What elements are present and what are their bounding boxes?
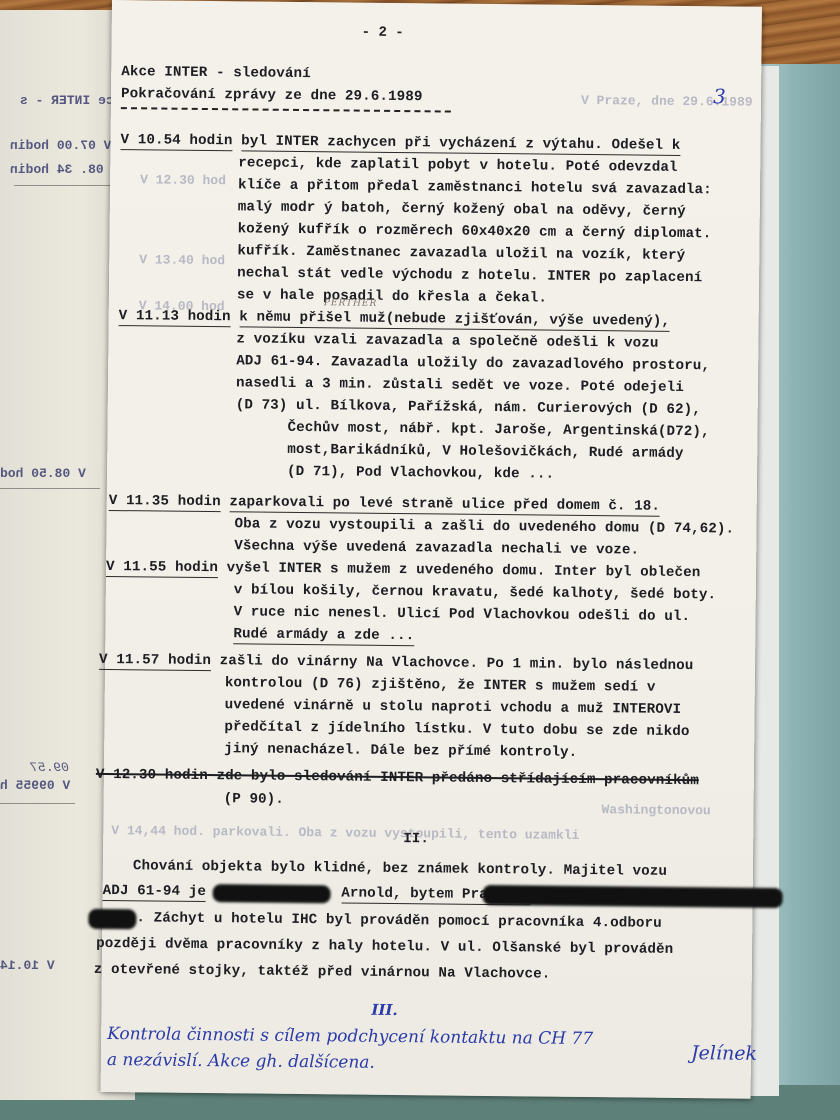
entry-line: Čechův most, nábř. kpt. Jaroše, Argentin… [287,420,709,440]
entry-line: kufřík. Zaměstnanec zavazadla uložil na … [237,243,685,264]
entry-line: v bílou košily, černou kravatu, šedé kal… [234,582,717,603]
entry-line: recepci, kde zaplatil pobyt v hotelu. Po… [238,155,677,176]
show-through-text: V Praze, dne 29.6.1989 [581,93,753,110]
entry-line: V 11.57 hodin zašli do vinárny Na Vlacho… [99,652,694,674]
entry-line: V ruce nic nenesl. Ulicí Pod Vlachovkou … [234,604,691,625]
entry-line: most,Barikádníků, V Holešovičkách, Rudé … [287,442,683,462]
entry-line: (D 71), Pod Vlachovkou, kde ... [287,464,554,483]
entry-time: V 11.57 hodin [99,652,211,671]
background-line: 08. 34 hodin [10,162,104,177]
show-through-text: V 12.30 hod [140,172,226,188]
section-line: z otevřené stojky, taktéž před vinárnou … [94,962,551,983]
entry-line: V 11.13 hodin k němu přišel muž(nebude z… [119,308,670,330]
entry-line: ADJ 61-94. Zavazadla uložily do zavazadl… [236,353,710,374]
background-line: V 07.00 hodin [10,138,111,153]
entry-line: nechal stát vedle východu z hotelu. INTE… [237,265,702,286]
background-line: V 08.50 hod [0,466,86,481]
entry-time: V 12.30 hodin [96,767,208,784]
entry-time: V 11.35 hodin [109,493,221,512]
handwritten-page-mark: 3 [713,84,726,108]
entry-line: kontrolou (D 76) zjištěno, že INTER s mu… [225,675,656,696]
background-line: V 10.14 [0,958,55,973]
entry-time: V 10.54 hodin [120,132,232,151]
background-rule [14,185,114,186]
section-heading: II. [403,831,429,847]
redaction-bar [483,885,783,908]
header-underline [121,107,451,112]
section-line: později dvěma pracovníky z haly hotelu. … [96,936,673,958]
header-title: Akce INTER - sledování [121,64,311,82]
section-line: . Záchyt u hotelu IHC byl prováděn pomoc… [136,910,662,932]
entry-line: Všechna výše uvedená zavazadla nechali v… [234,538,639,558]
show-through-text: Washingtonovou [601,802,710,818]
entry-line: Oba z vozu vystoupili a zašli do uvedené… [234,516,734,537]
entry-1030-line: V 10.54 hodin byl INTER zachycen při vyc… [120,132,680,154]
signature: Jelínek [691,1042,757,1065]
handwritten-note-line: Kontrola činnosti s cílem podchycení kon… [107,1024,593,1049]
struck-entry-line: V 12.30 hodin zde bylo sledování INTER p… [96,767,699,789]
entry-line: V 11.55 hodin vyšel INTER s mužem z uved… [106,559,701,581]
entry-line: (D 73) ul. Bílkova, Pařížská, nám. Curie… [236,397,701,418]
page-number: - 2 - [362,25,404,41]
entry-line: malý modr ý batoh, černý kožený obal na … [238,199,686,220]
background-rule [0,803,75,804]
entry-line: předčítal z jídelního lístku. V tuto dob… [224,719,689,740]
handwritten-note-line: a nezávislí. Akce gh. dalšícena. [107,1050,375,1073]
background-rule [0,488,100,489]
redaction-bar [88,909,136,930]
entry-time: V 11.55 hodin [106,559,218,578]
section-line: Chování objekta bylo klidné, bez známek … [133,858,667,880]
section-heading-handwritten: III. [371,1001,397,1019]
entry-line: Rudé armády a zde ... [233,626,414,644]
entry-line: kožený kufřík o rozměrech 60x40x20 cm a … [238,221,712,242]
show-through-text: V 13.40 hod [139,252,225,268]
entry-line: nasedli a 3 min. zůstali sedět ve voze. … [236,375,684,396]
document-page: V Praze, dne 29.6.1989 V 12.30 hod V 13.… [101,0,762,1099]
entry-line: jiný nenacházel. Dále bez přímé kontroly… [224,741,577,761]
entry-line: se v hale posadil do křesla a čekal. [237,287,547,306]
entry-line: (P 90). [224,791,284,808]
entry-line: uvedené vinárně u stolu naproti vchodu a… [225,697,682,718]
redaction-bar [213,884,331,903]
entry-time: V 11.13 hodin [119,308,231,327]
header-subtitle: Pokračování zprávy ze dne 29.6.1989 [121,86,423,105]
background-handwritten-note: 09.57 [30,760,69,775]
entry-line: z vozíku vzali zavazadla a společně odeš… [236,331,658,351]
pencil-annotation: PERTHER [324,298,378,309]
entry-line: klíče a přitom předal zaměstnanci hotelu… [238,177,712,198]
entry-line: V 11.35 hodin zaparkovali po levé straně… [109,493,660,515]
show-through-text: V 14,44 hod. parkovali. Oba z vozu vysto… [111,823,579,843]
background-line: V 09955 h [0,778,70,793]
